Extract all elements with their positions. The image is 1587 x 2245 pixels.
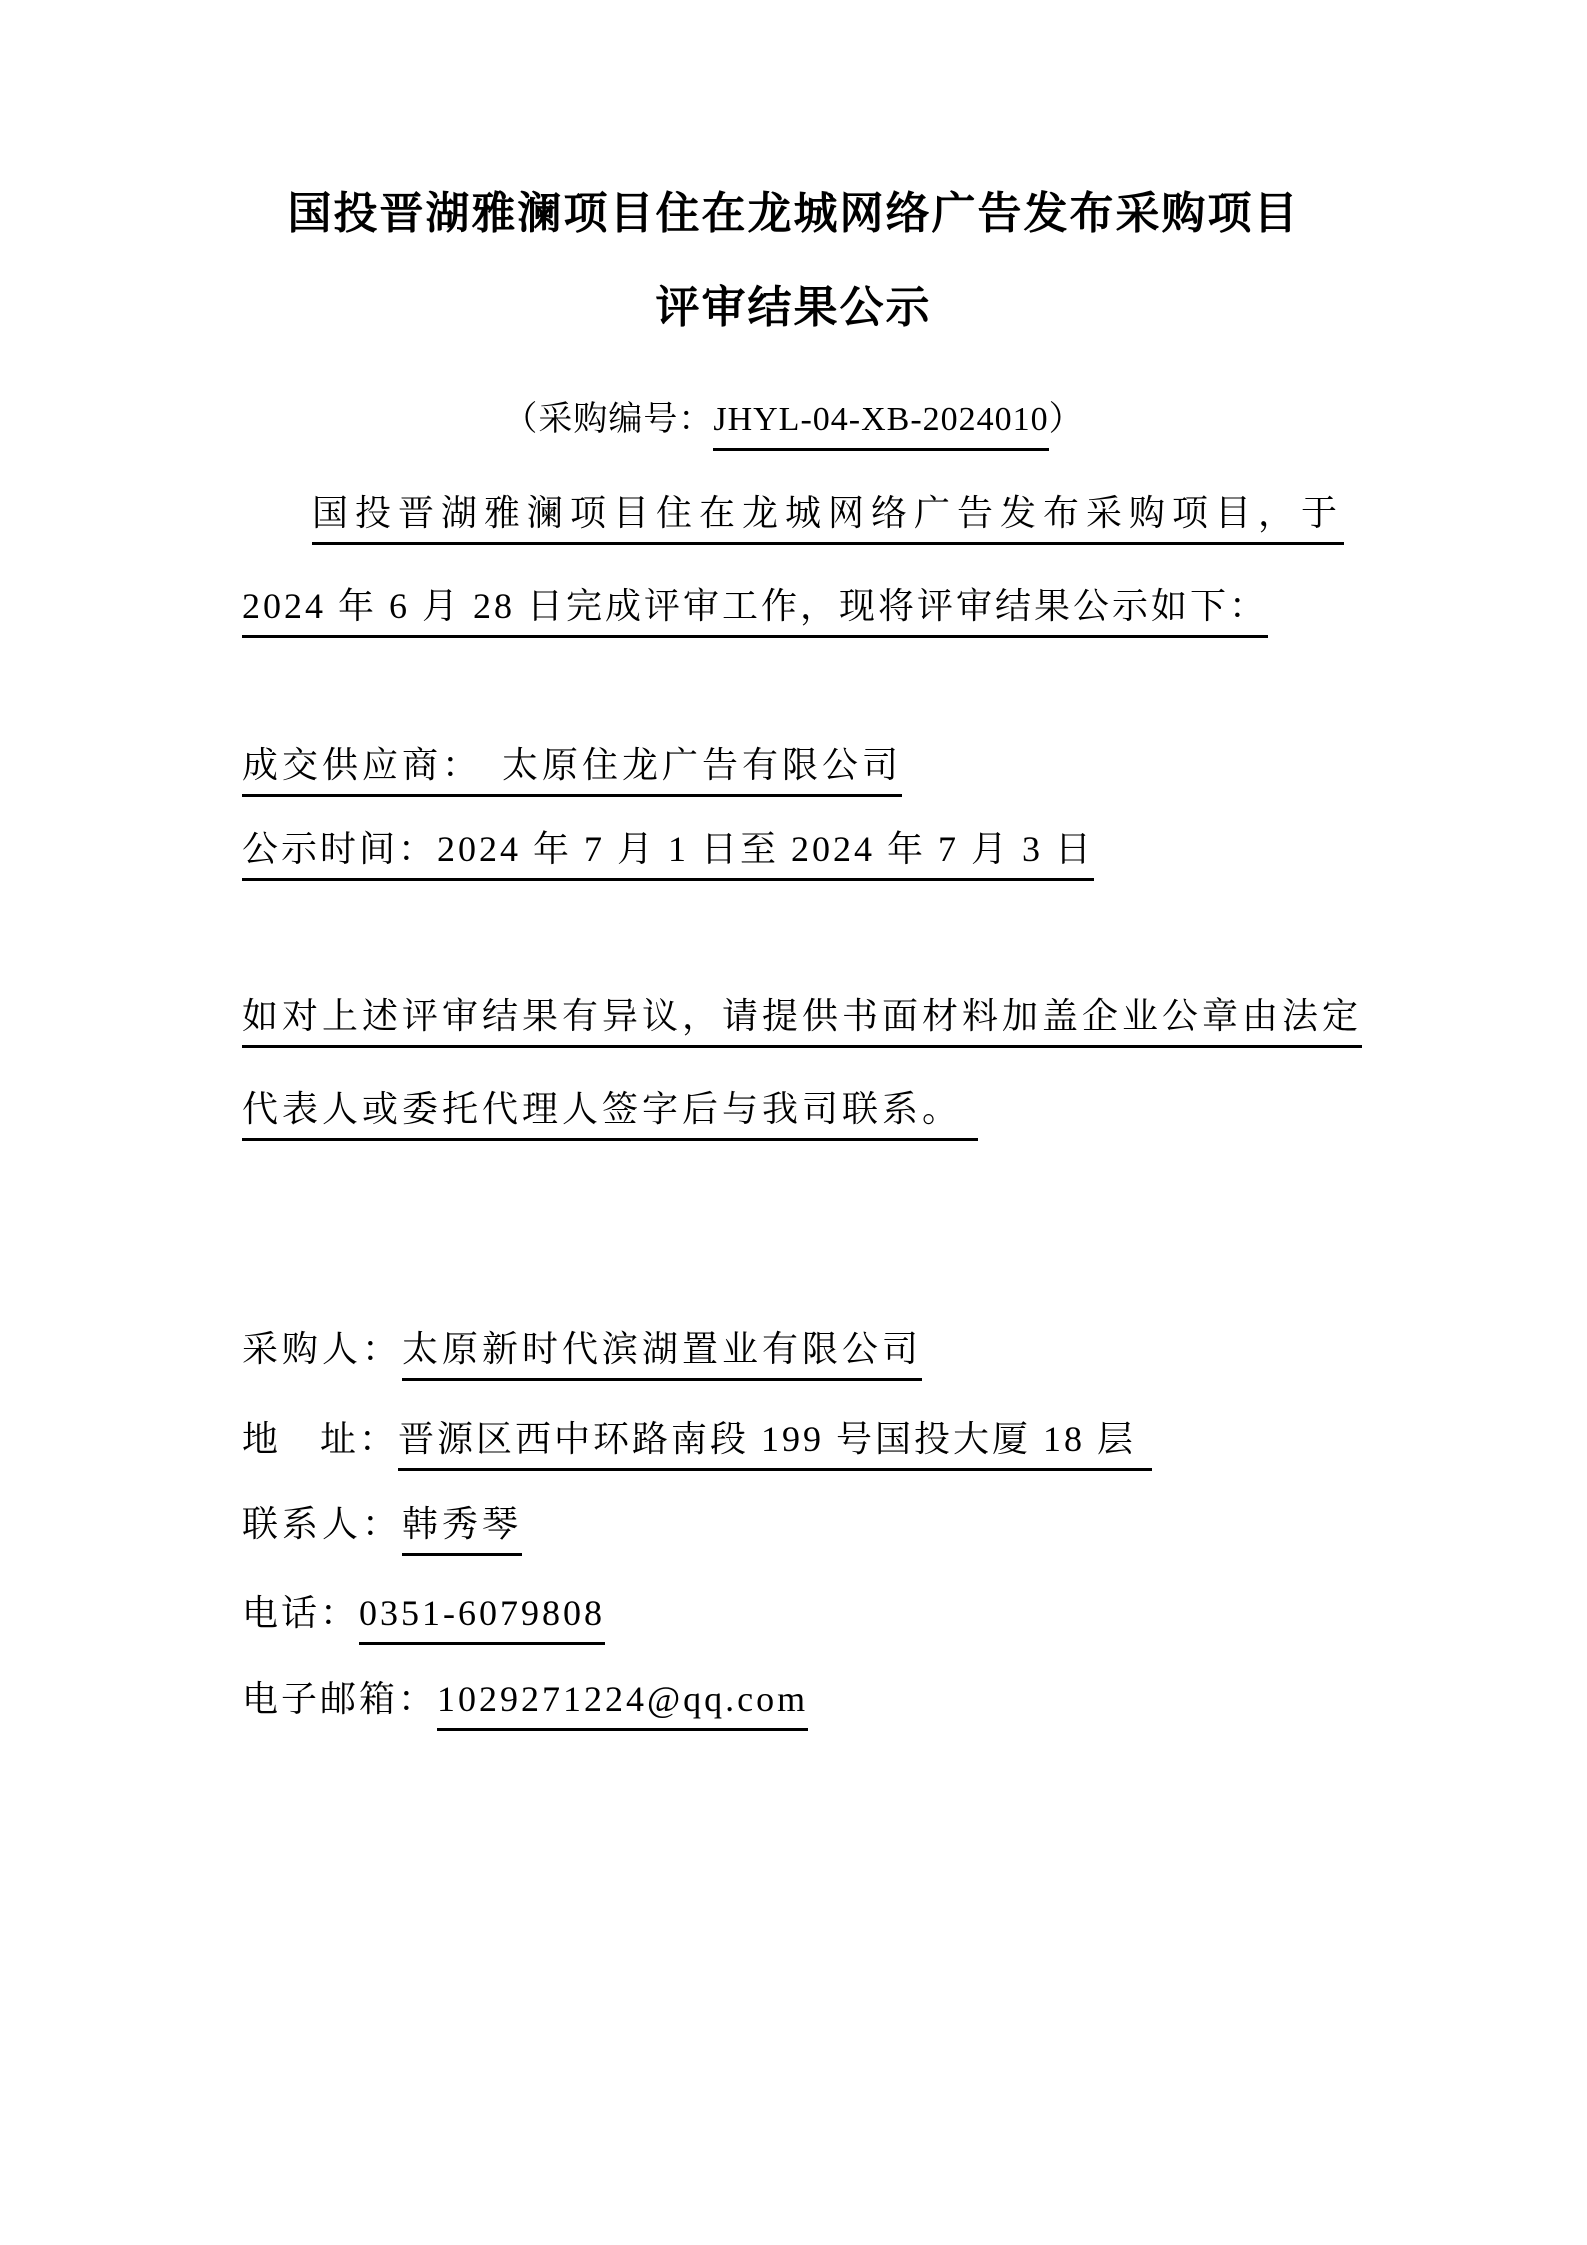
supplier-line: 成交供应商：太原住龙广告有限公司 — [242, 744, 1350, 797]
procurement-reference-suffix: ） — [1049, 401, 1084, 438]
contact-person-value: 韩秀琴 — [402, 1503, 522, 1556]
buyer-label: 采购人： — [242, 1329, 402, 1369]
address-label: 地 址： — [242, 1419, 398, 1459]
procurement-reference-prefix: （采购编号： — [503, 401, 713, 438]
email-value: 1029271224@qq.com — [437, 1678, 808, 1731]
phone-line: 电话：0351-6079808 — [242, 1592, 1350, 1645]
buyer-line: 采购人：太原新时代滨湖置业有限公司 — [242, 1328, 1350, 1381]
contact-person-line: 联系人：韩秀琴 — [242, 1503, 1350, 1556]
procurement-reference-number: JHYL-04-XB-2024010 — [713, 400, 1048, 451]
document-page: 国投晋湖雅澜项目住在龙城网络广告发布采购项目 评审结果公示 （采购编号：JHYL… — [0, 0, 1587, 2245]
objection-line1: 如对上述评审结果有异议，请提供书面材料加盖企业公章由法定 — [242, 995, 1362, 1048]
contact-person-label: 联系人： — [242, 1504, 402, 1544]
address-line: 地 址：晋源区西中环路南段 199 号国投大厦 18 层 — [242, 1418, 1350, 1471]
intro-paragraph-line2-wrap: 2024 年 6 月 28 日完成评审工作，现将评审结果公示如下： — [242, 585, 1350, 638]
phone-value: 0351-6079808 — [359, 1592, 605, 1645]
supplier-value: 太原住龙广告有限公司 — [502, 745, 902, 785]
email-label: 电子邮箱： — [242, 1679, 437, 1719]
email-line: 电子邮箱：1029271224@qq.com — [242, 1678, 1350, 1731]
address-value: 晋源区西中环路南段 199 号国投大厦 18 层 — [398, 1418, 1152, 1471]
intro-paragraph-line1: 国投晋湖雅澜项目住在龙城网络广告发布采购项目，于 — [312, 492, 1344, 545]
supplier-label: 成交供应商： — [242, 745, 482, 785]
publicity-period-line-wrap: 公示时间：2024 年 7 月 1 日至 2024 年 7 月 3 日 — [242, 828, 1350, 881]
objection-line2-wrap: 代表人或委托代理人签字后与我司联系。 — [242, 1088, 1350, 1141]
document-title-line1: 国投晋湖雅澜项目住在龙城网络广告发布采购项目 — [0, 188, 1587, 241]
document-title-line2: 评审结果公示 — [0, 282, 1587, 335]
objection-line1-wrap: 如对上述评审结果有异议，请提供书面材料加盖企业公章由法定 — [242, 995, 1350, 1048]
intro-paragraph-line2: 2024 年 6 月 28 日完成评审工作，现将评审结果公示如下： — [242, 585, 1268, 638]
phone-label: 电话： — [242, 1593, 359, 1633]
intro-paragraph-line1-wrap: 国投晋湖雅澜项目住在龙城网络广告发布采购项目，于 — [242, 492, 1350, 545]
objection-line2: 代表人或委托代理人签字后与我司联系。 — [242, 1088, 978, 1141]
buyer-value: 太原新时代滨湖置业有限公司 — [402, 1328, 922, 1381]
procurement-reference-line: （采购编号：JHYL-04-XB-2024010） — [0, 400, 1587, 451]
publicity-period-line: 公示时间：2024 年 7 月 1 日至 2024 年 7 月 3 日 — [242, 828, 1094, 881]
